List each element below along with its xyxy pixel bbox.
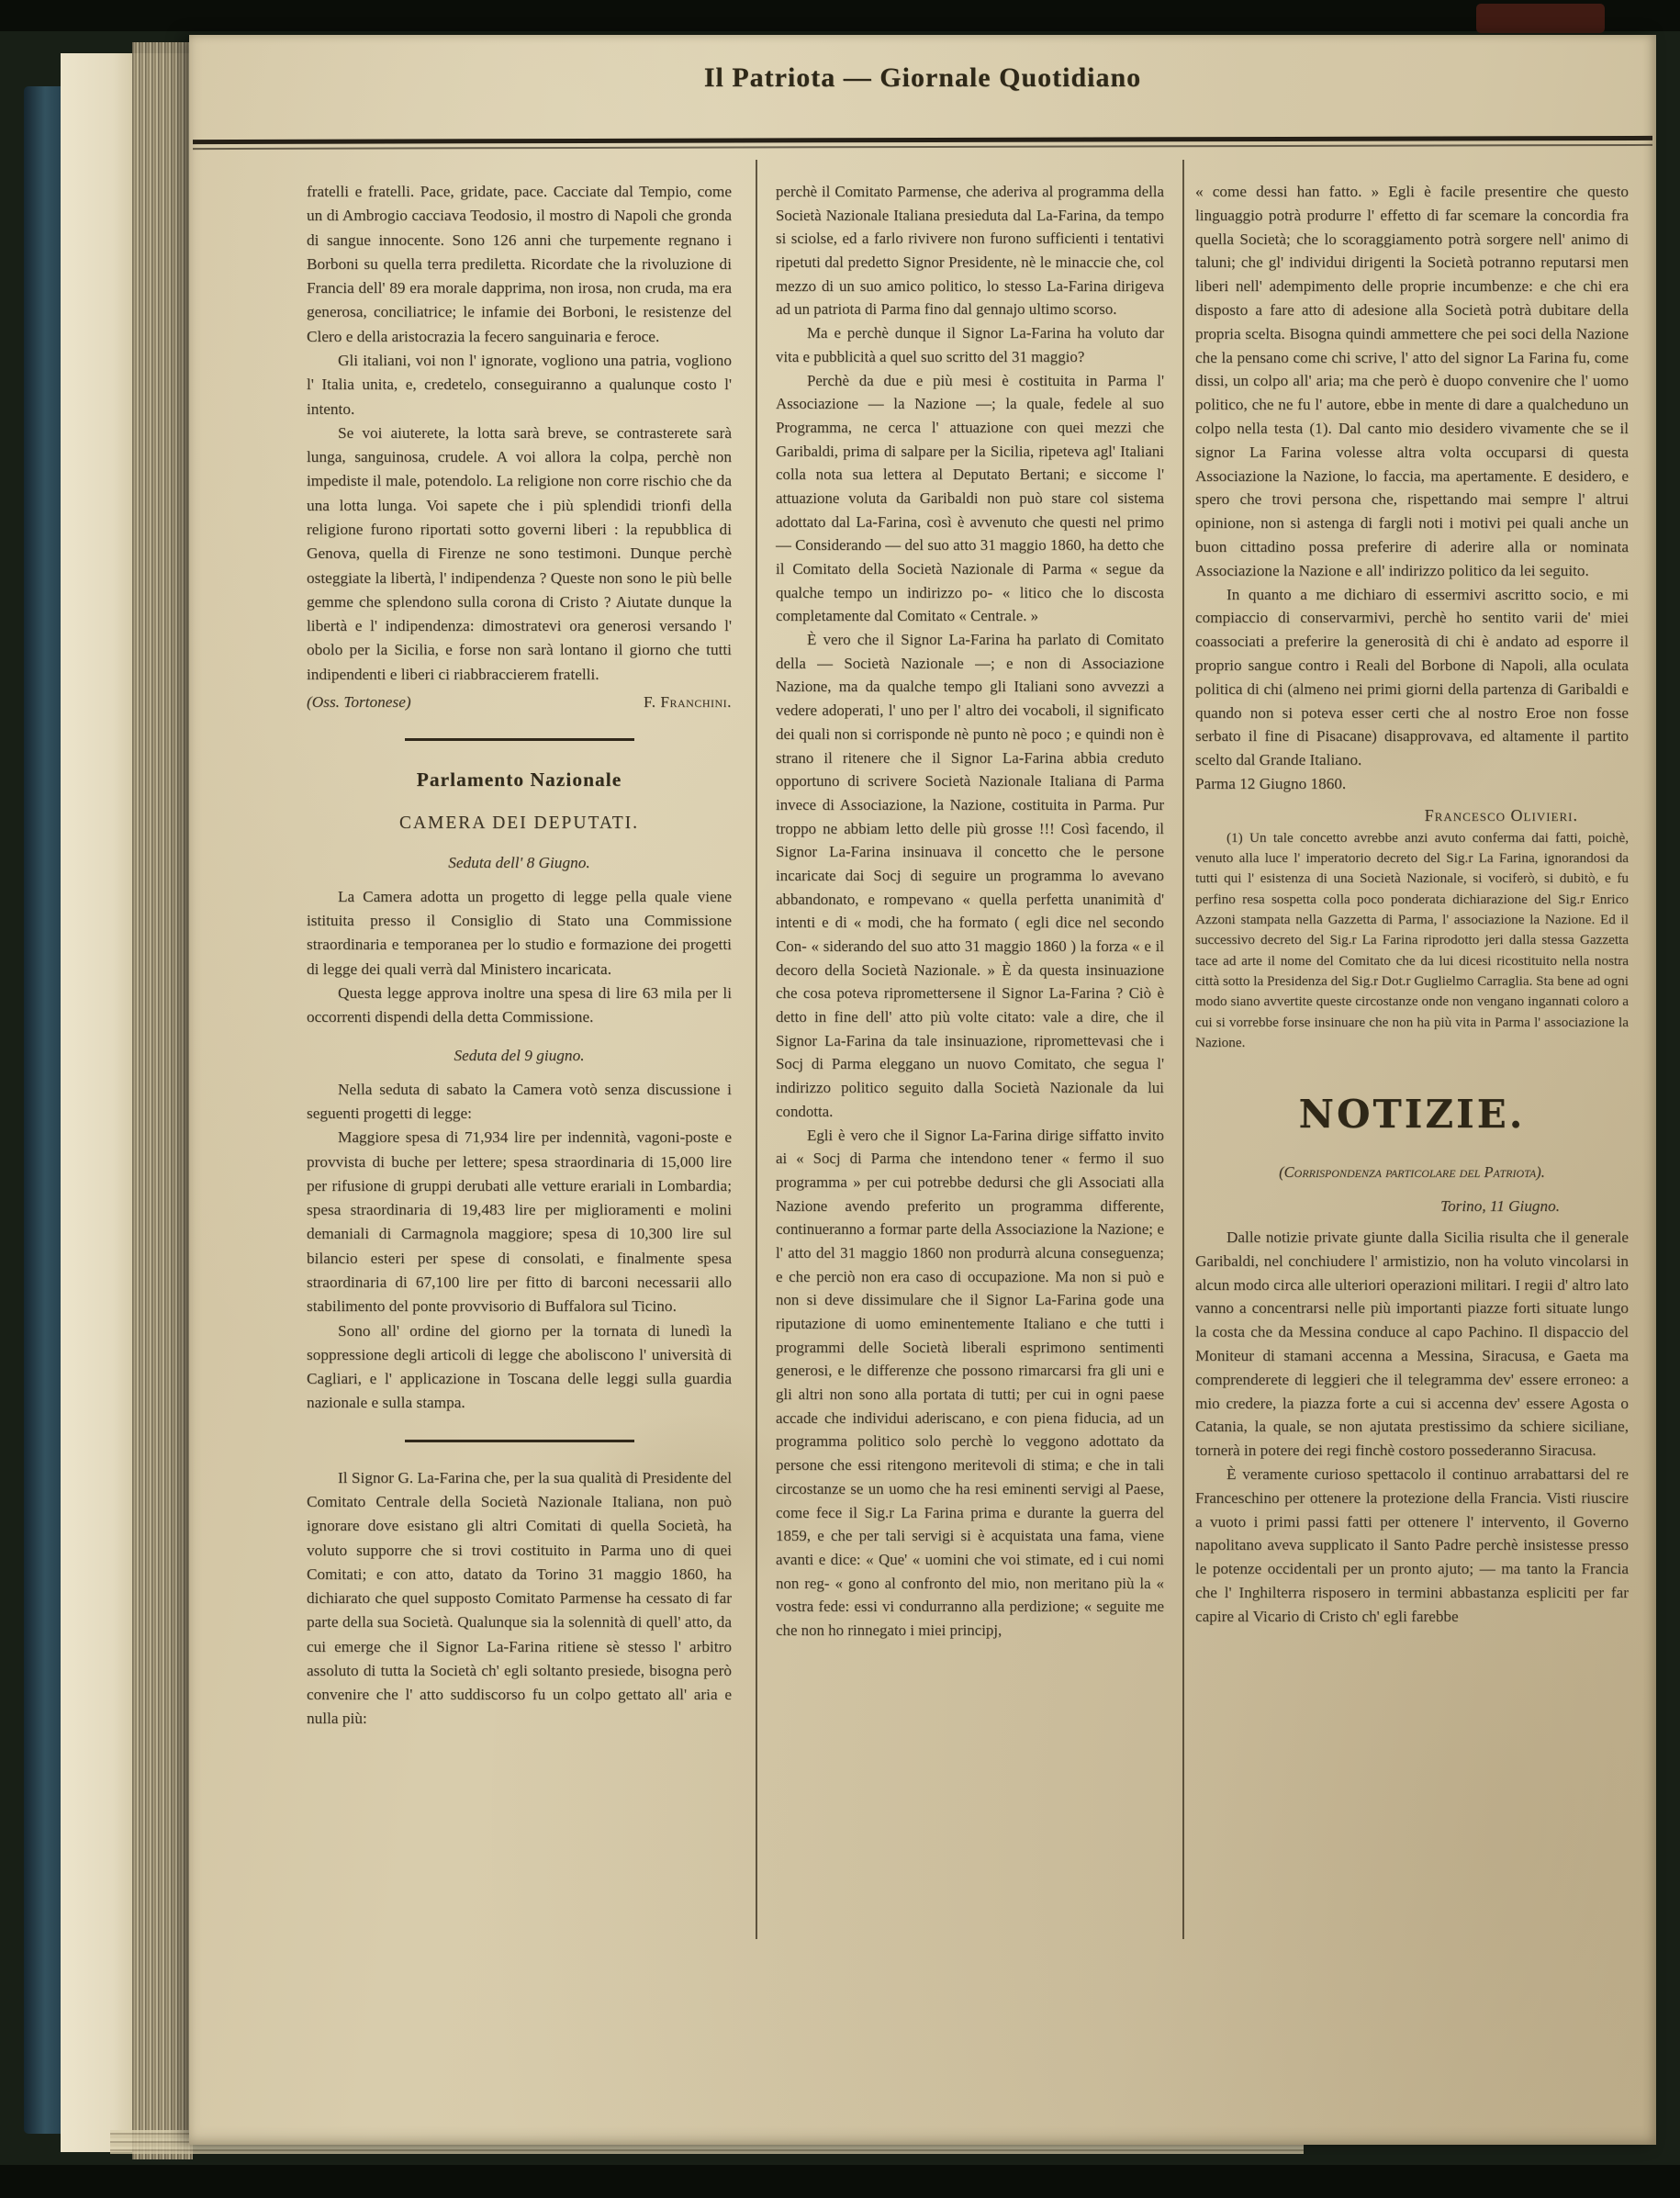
paragraph: In quanto a me dichiaro di essermivi asc… bbox=[1195, 583, 1629, 772]
newspaper-page: Il Patriota — Giornale Quotidiano fratel… bbox=[189, 35, 1656, 2145]
column-2: perchè il Comitato Parmense, che aderiva… bbox=[756, 154, 1182, 1643]
column-3: « come dessi han fatto. » Egli è facile … bbox=[1182, 154, 1656, 1629]
notizie-subtitle: (Corrispondenza particolare del Patriota… bbox=[1195, 1161, 1629, 1184]
correspondence-dateline: Torino, 11 Giugno. bbox=[1195, 1194, 1629, 1218]
signature-row: (Oss. Tortonese) F. Franchini. bbox=[307, 690, 732, 714]
notizie-section-title: NOTIZIE. bbox=[1195, 1085, 1629, 1143]
session-heading: Seduta dell' 8 Giugno. bbox=[307, 851, 732, 875]
masthead-title: Il Patriota — Giornale Quotidiano bbox=[189, 62, 1656, 94]
book-cover-edge bbox=[24, 86, 62, 2134]
paragraph: Gli italiani, voi non l' ignorate, vogli… bbox=[307, 349, 732, 421]
paragraph: fratelli e fratelli. Pace, gridate, pace… bbox=[307, 180, 732, 349]
article-dateline: Parma 12 Giugno 1860. bbox=[1195, 772, 1629, 796]
paragraph: La Camera adotta un progetto di legge pe… bbox=[307, 885, 732, 981]
author-signature: F. Franchini. bbox=[644, 690, 732, 714]
source-attribution: (Oss. Tortonese) bbox=[307, 690, 411, 714]
section-title: Parlamento Nazionale bbox=[307, 765, 732, 795]
paragraph: Perchè da due e più mesi è costituita in… bbox=[776, 369, 1164, 629]
paragraph: Se voi aiuterete, la lotta sarà breve, s… bbox=[307, 421, 732, 687]
scan-top-band bbox=[0, 0, 1680, 31]
session-heading: Seduta del 9 giugno. bbox=[307, 1044, 732, 1068]
paragraph: perchè il Comitato Parmense, che aderiva… bbox=[776, 180, 1164, 321]
cover-edge-fragment bbox=[1476, 4, 1605, 33]
article-divider-rule bbox=[405, 1440, 634, 1442]
author-signature: Francesco Olivieri. bbox=[1195, 803, 1629, 828]
section-subtitle: CAMERA DEI DEPUTATI. bbox=[307, 810, 732, 837]
paragraph: Ma e perchè dunque il Signor La-Farina h… bbox=[776, 321, 1164, 368]
paragraph: « come dessi han fatto. » Egli è facile … bbox=[1195, 180, 1629, 583]
columns-container: fratelli e fratelli. Pace, gridate, pace… bbox=[189, 154, 1656, 1732]
paragraph: Sono all' ordine del giorno per la torna… bbox=[307, 1319, 732, 1416]
page-edge-stripes bbox=[132, 42, 193, 2159]
column-1: fratelli e fratelli. Pace, gridate, pace… bbox=[189, 154, 756, 1732]
paragraph: Dalle notizie private giunte dalla Sicil… bbox=[1195, 1226, 1629, 1463]
masthead-rule-thin bbox=[193, 144, 1652, 150]
paragraph: Il Signor G. La-Farina che, per la sua q… bbox=[307, 1466, 732, 1732]
notizie-subtitle-text: (Corrispondenza particolare del Patriota… bbox=[1279, 1163, 1545, 1181]
masthead-rule-thick bbox=[193, 136, 1652, 144]
paragraph: Egli è vero che il Signor La-Farina diri… bbox=[776, 1124, 1164, 1643]
paragraph: È veramente curioso spettacolo il contin… bbox=[1195, 1463, 1629, 1629]
paragraph: Nella seduta di sabato la Camera votò se… bbox=[307, 1078, 732, 1127]
footnote: (1) Un tale concetto avrebbe anzi avuto … bbox=[1195, 828, 1629, 1054]
paragraph: È vero che il Signor La-Farina ha parlat… bbox=[776, 628, 1164, 1123]
paragraph: Maggiore spesa di 71,934 lire per indenn… bbox=[307, 1126, 732, 1318]
paragraph: Questa legge approva inoltre una spesa d… bbox=[307, 981, 732, 1030]
scan-bottom-band bbox=[0, 2165, 1680, 2198]
article-divider-rule bbox=[405, 738, 634, 741]
